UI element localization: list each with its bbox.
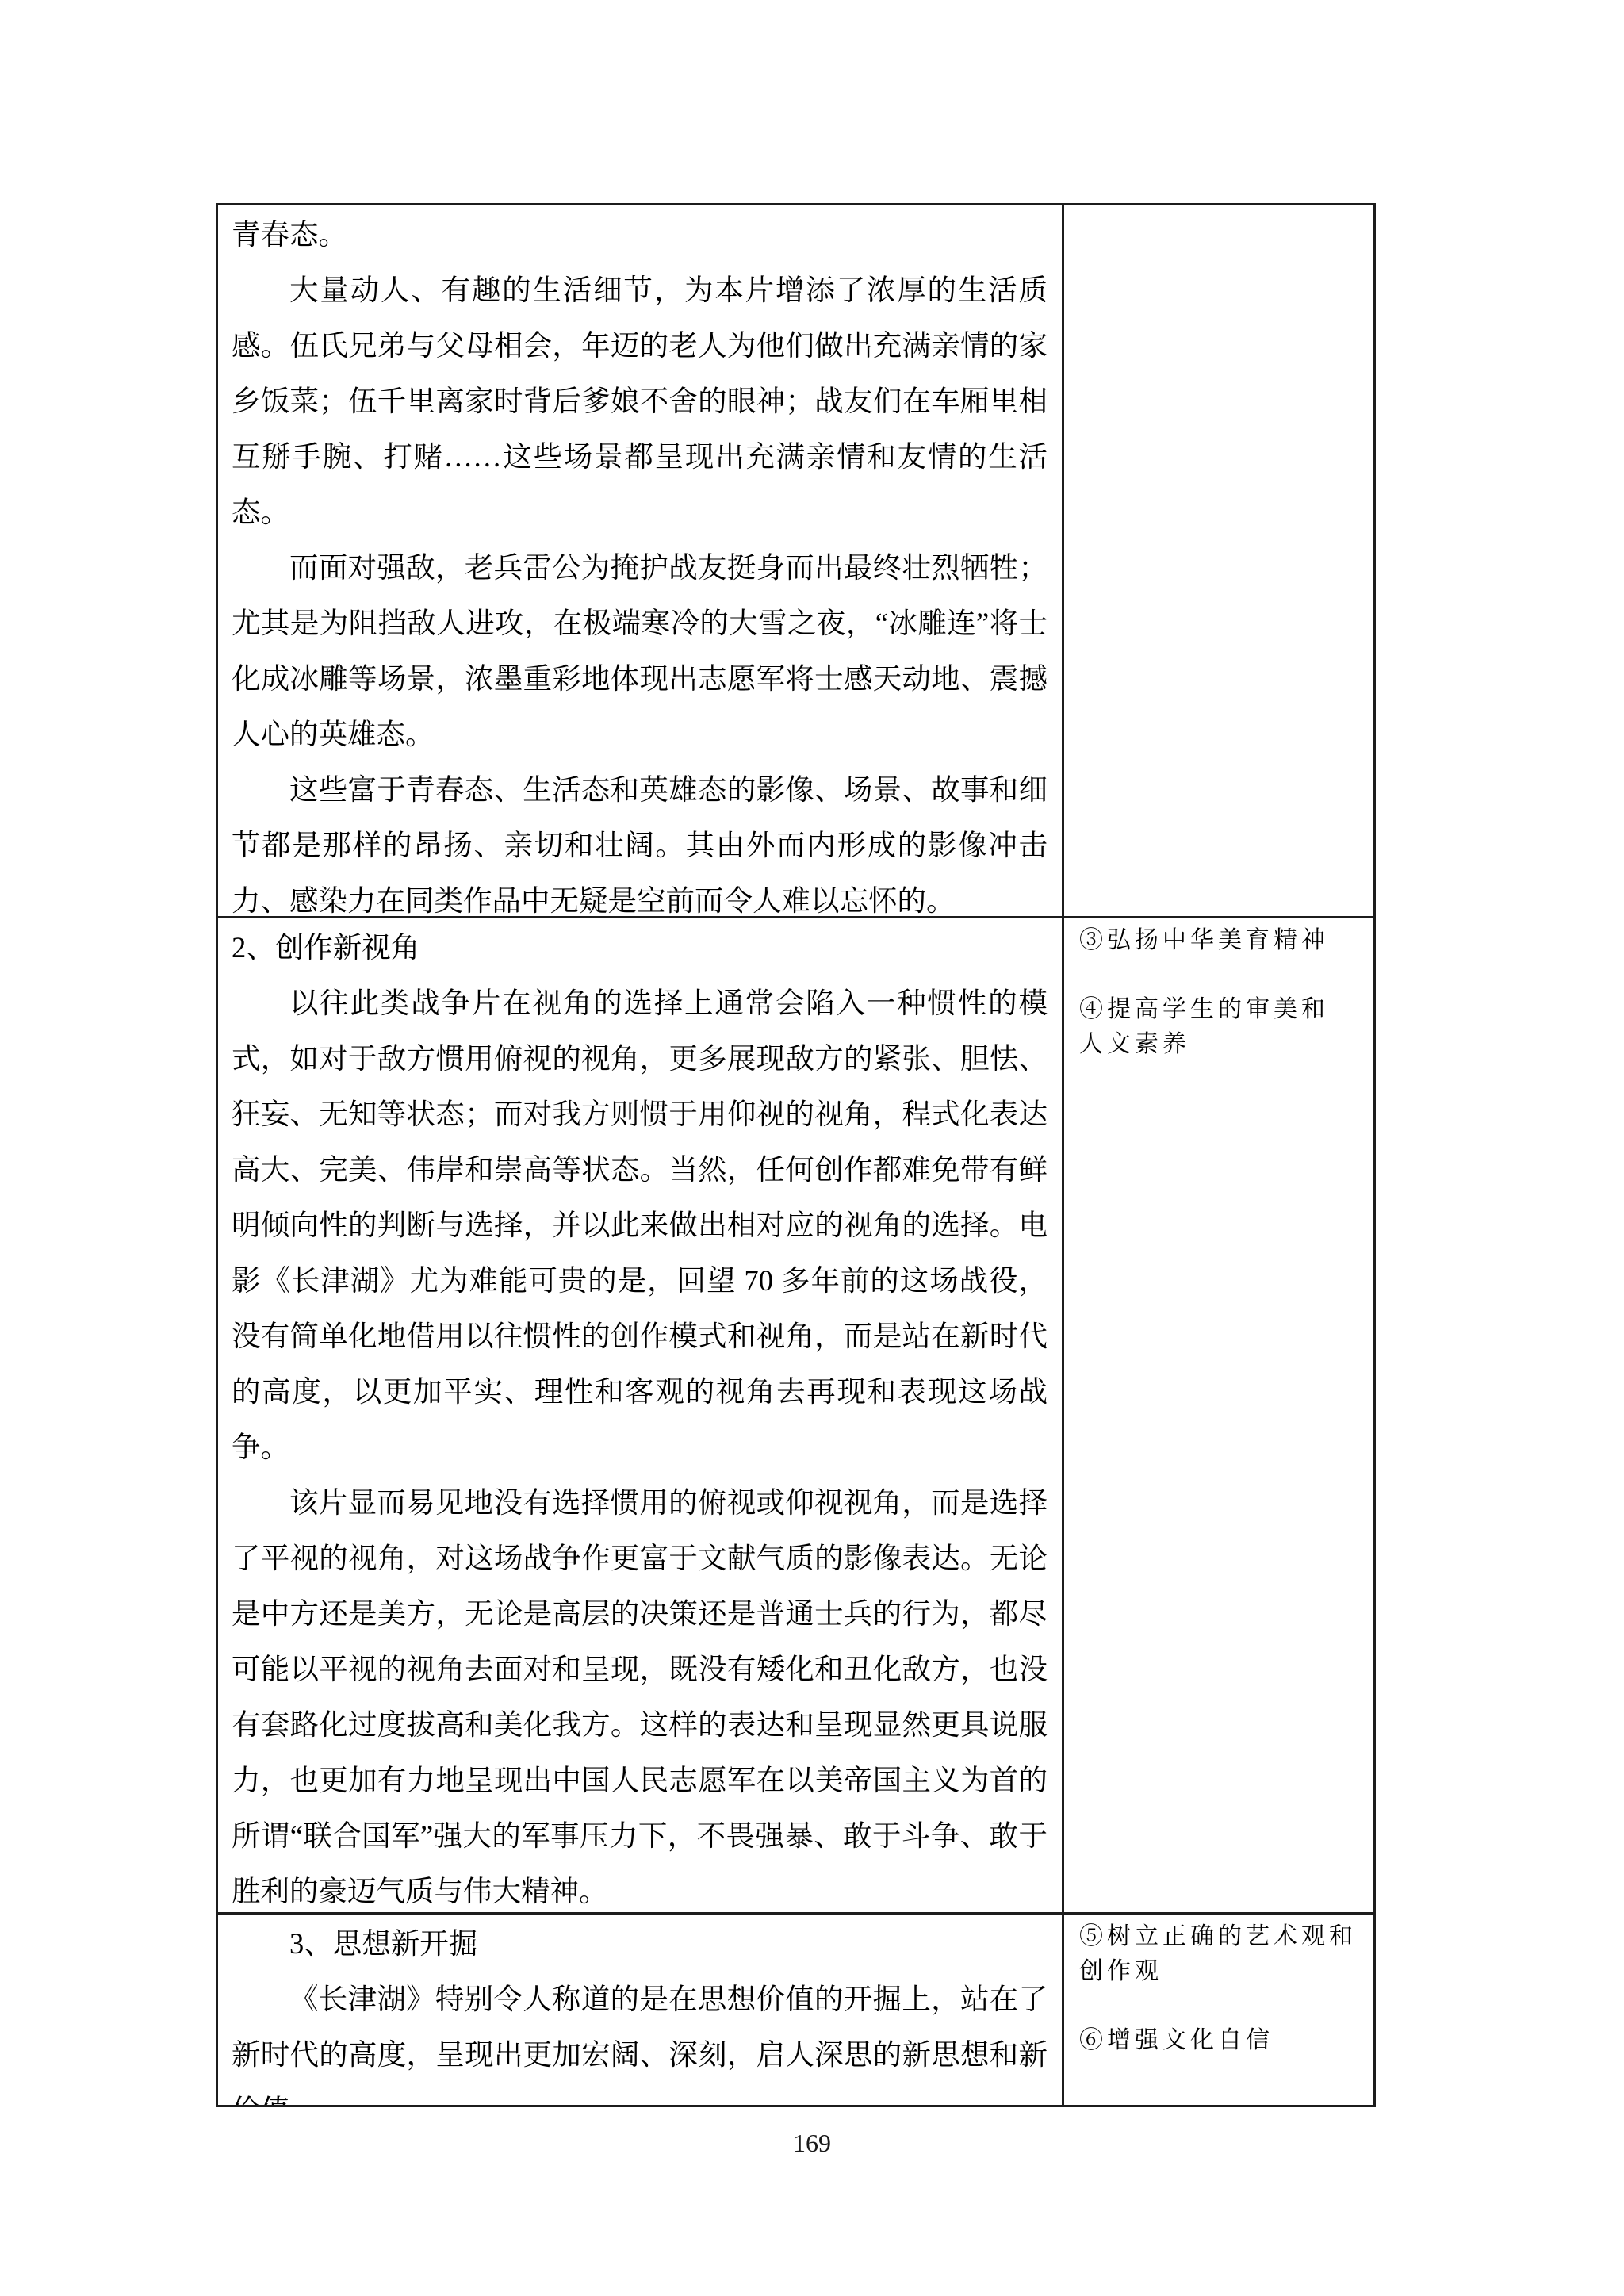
annotation-item: ⑤树立正确的艺术观和 创作观 xyxy=(1079,1919,1365,1989)
annotation-item: ④提高学生的审美和 人文素养 xyxy=(1079,992,1365,1062)
annotation-line: ⑤树立正确的艺术观和 xyxy=(1079,1923,1357,1949)
annotation-cell-row3: ⑤树立正确的艺术观和 创作观 ⑥增强文化自信 xyxy=(1064,1915,1373,2105)
annotation-item: ⑥增强文化自信 xyxy=(1079,2023,1365,2058)
annotation-item: ③弘扬中华美育精神 xyxy=(1079,923,1365,958)
annotation-line: 创作观 xyxy=(1079,1958,1162,1984)
annotation-line: 人文素养 xyxy=(1079,1031,1190,1057)
paragraph: 这些富于青春态、生活态和英雄态的影像、场景、故事和细节都是那样的昂扬、亲切和壮阔… xyxy=(232,762,1048,918)
paragraph: 《长津湖》特别令人称道的是在思想价值的开掘上，站在了新时代的高度，呈现出更加宏阔… xyxy=(232,1972,1048,2105)
main-text-cell-row1: 青春态。 大量动人、有趣的生活细节，为本片增添了浓厚的生活质感。伍氏兄弟与父母相… xyxy=(218,205,1064,918)
paragraph: 以往此类战争片在视角的选择上通常会陷入一种惯性的模式，如对于敌方惯用俯视的视角，… xyxy=(232,976,1048,1475)
annotation-line: ③弘扬中华美育精神 xyxy=(1079,927,1329,953)
main-text-cell-row3: 3、思想新开掘 《长津湖》特别令人称道的是在思想价值的开掘上，站在了新时代的高度… xyxy=(218,1915,1064,2105)
paragraph-continuation: 青春态。 xyxy=(232,207,1048,263)
paragraph: 该片显而易见地没有选择惯用的俯视或仰视视角，而是选择了平视的视角，对这场战争作更… xyxy=(232,1475,1048,1915)
annotation-cell-row2: ③弘扬中华美育精神 ④提高学生的审美和 人文素养 xyxy=(1064,918,1373,1915)
paragraph: 大量动人、有趣的生活细节，为本片增添了浓厚的生活质感。伍氏兄弟与父母相会，年迈的… xyxy=(232,263,1048,540)
document-page: 青春态。 大量动人、有趣的生活细节，为本片增添了浓厚的生活质感。伍氏兄弟与父母相… xyxy=(0,0,1624,2296)
page-number: 169 xyxy=(0,2127,1624,2159)
annotation-cell-row1 xyxy=(1064,205,1373,918)
annotation-line: ④提高学生的审美和 xyxy=(1079,996,1329,1022)
paragraph: 而面对强敌，老兵雷公为掩护战友挺身而出最终壮烈牺牲；尤其是为阻挡敌人进攻，在极端… xyxy=(232,540,1048,762)
section-heading: 2、创作新视角 xyxy=(232,920,1048,976)
section-heading: 3、思想新开掘 xyxy=(232,1916,1048,1972)
main-text-cell-row2: 2、创作新视角 以往此类战争片在视角的选择上通常会陷入一种惯性的模式，如对于敌方… xyxy=(218,918,1064,1915)
annotation-line: ⑥增强文化自信 xyxy=(1079,2027,1274,2053)
lesson-plan-table: 青春态。 大量动人、有趣的生活细节，为本片增添了浓厚的生活质感。伍氏兄弟与父母相… xyxy=(216,203,1376,2107)
